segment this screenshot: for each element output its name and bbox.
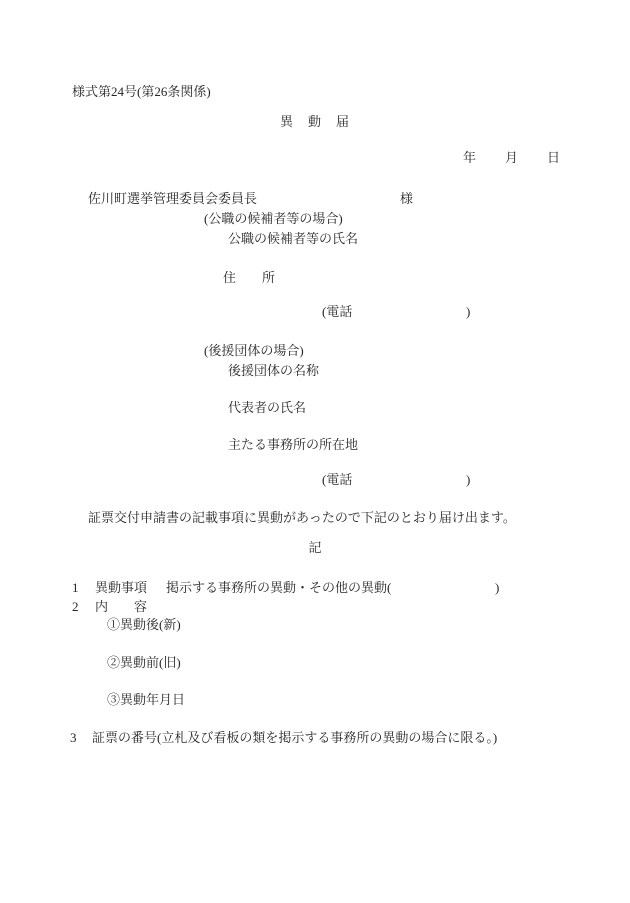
document-title: 異 動 届 [0, 114, 630, 130]
item1-number: 1 [72, 580, 79, 596]
item1-label: 異動事項 [95, 580, 147, 596]
date-day-label: 日 [547, 150, 560, 166]
date-month-label: 月 [505, 150, 518, 166]
item3-label: 証票の番号(立札及び看板の類を掲示する事務所の異動の場合に限る。) [92, 730, 497, 746]
document-page: 様式第24号(第26条関係) 異 動 届 年 月 日 佐川町選挙管理委員会委員長… [0, 0, 630, 903]
support-group-representative-label: 代表者の氏名 [228, 400, 306, 416]
item1-detail-close: ) [495, 580, 499, 596]
form-number-label: 様式第24号(第26条関係) [72, 84, 211, 100]
candidate-name-label: 公職の候補者等の氏名 [228, 231, 358, 247]
item2-sub3-date-label: ③異動年月日 [107, 692, 185, 708]
support-group-office-label: 主たる事務所の所在地 [228, 437, 358, 453]
item2-sub2-before-label: ②異動前(旧) [107, 655, 181, 671]
support-group-phone-open: (電話 [322, 472, 352, 488]
addressee-honorific: 様 [400, 191, 413, 207]
record-heading: 記 [0, 540, 630, 556]
candidate-phone-open: (電話 [322, 304, 352, 320]
item2-number: 2 [72, 599, 79, 615]
addressee-name: 佐川町選挙管理委員会委員長 [88, 191, 257, 207]
date-year-label: 年 [463, 150, 476, 166]
item1-detail: 掲示する事務所の異動・その他の異動( [166, 580, 391, 596]
support-group-phone-close: ) [466, 472, 470, 488]
item3-number: 3 [70, 730, 77, 746]
statement-text: 証票交付申請書の記載事項に異動があったので下記のとおり届け出ます。 [88, 510, 516, 526]
item2-sub1-after-label: ①異動後(新) [107, 617, 181, 633]
candidate-address-label: 住 所 [223, 270, 275, 286]
support-group-name-label: 後援団体の名称 [228, 363, 319, 379]
candidate-case-heading: (公職の候補者等の場合) [204, 211, 343, 227]
support-group-case-heading: (後援団体の場合) [204, 343, 304, 359]
candidate-phone-close: ) [466, 304, 470, 320]
item2-label: 内 容 [95, 599, 147, 615]
